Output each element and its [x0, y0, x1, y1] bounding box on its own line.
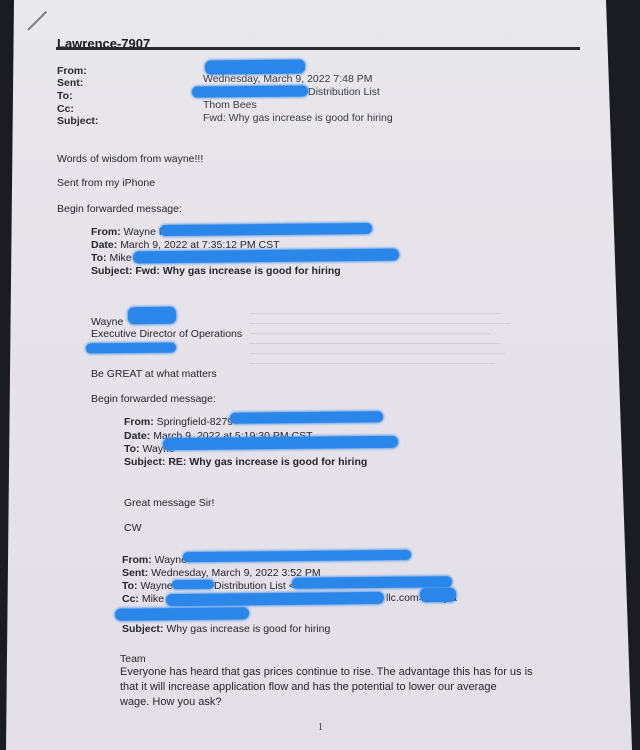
subject-value: Fwd: Why gas increase is good for hiring	[203, 112, 393, 124]
fwd2-to-label: To:	[124, 443, 140, 455]
fwd2-from-label: From:	[124, 416, 154, 428]
redaction	[160, 223, 372, 236]
orig-cc-label: Cc:	[122, 593, 139, 605]
redaction	[86, 343, 176, 354]
redaction	[292, 576, 452, 589]
redaction	[163, 436, 398, 450]
orig-to-label: To:	[122, 580, 138, 592]
orig-to: Wayne	[140, 580, 172, 592]
redaction	[172, 580, 214, 589]
orig-cc: Mike	[142, 593, 164, 605]
fwd2-from: Springfield-8279	[157, 416, 233, 428]
sent-value: Wednesday, March 9, 2022 7:48 PM	[203, 73, 372, 85]
begin-forwarded-2: Begin forwarded message:	[91, 393, 216, 405]
redaction	[192, 85, 308, 97]
subject-label: Subject:	[57, 115, 98, 127]
cc-value: Thom Bees	[203, 99, 257, 111]
body-line: wage. How you ask?	[120, 696, 222, 708]
reply-body: Great message Sir!	[124, 497, 214, 509]
orig-to-suffix: Distribution List <	[214, 580, 295, 592]
fwd2-subject-label: Subject:	[124, 456, 165, 468]
fwd1-to: Mike	[109, 252, 131, 264]
page-number: 1	[318, 722, 323, 733]
fwd1-subject: Fwd: Why gas increase is good for hiring	[135, 265, 340, 277]
orig-subject: Why gas increase is good for hiring	[166, 623, 330, 635]
body-line: Everyone has heard that gas prices conti…	[120, 666, 533, 678]
fwd1-to-label: To:	[91, 252, 107, 264]
sent-from-iphone: Sent from my iPhone	[57, 177, 155, 189]
orig-sent-label: Sent:	[122, 567, 148, 579]
body-greeting: Team	[120, 653, 146, 665]
title-rule	[56, 47, 580, 50]
fwd1-subject-label: Subject:	[91, 265, 132, 277]
begin-forwarded-1: Begin forwarded message:	[57, 203, 182, 215]
signature-tagline: Be GREAT at what matters	[91, 368, 217, 380]
from-label: From:	[57, 65, 87, 77]
cc-label: Cc:	[57, 103, 74, 115]
signature-name: Wayne	[91, 316, 123, 328]
redaction	[115, 607, 249, 620]
signature-role: Executive Director of Operations	[91, 328, 242, 340]
to-label: To:	[57, 90, 73, 102]
fwd2-subject: RE: Why gas increase is good for hiring	[168, 456, 367, 468]
fwd1-date-label: Date:	[91, 239, 117, 251]
orig-from-label: From:	[122, 554, 152, 566]
redaction	[205, 59, 305, 74]
to-value: Distribution List	[308, 86, 380, 98]
redaction	[230, 411, 383, 424]
intro-line: Words of wisdom from wayne!!!	[57, 153, 203, 165]
sent-label: Sent:	[57, 77, 83, 89]
redaction	[128, 307, 176, 325]
reply-sign: CW	[124, 522, 142, 534]
orig-subject-label: Subject:	[122, 623, 163, 635]
fwd2-date-label: Date:	[124, 430, 150, 442]
fwd1-from-label: From:	[91, 226, 121, 238]
body-line: that it will increase application flow a…	[120, 681, 497, 693]
redaction	[166, 592, 384, 606]
redaction	[420, 588, 456, 602]
